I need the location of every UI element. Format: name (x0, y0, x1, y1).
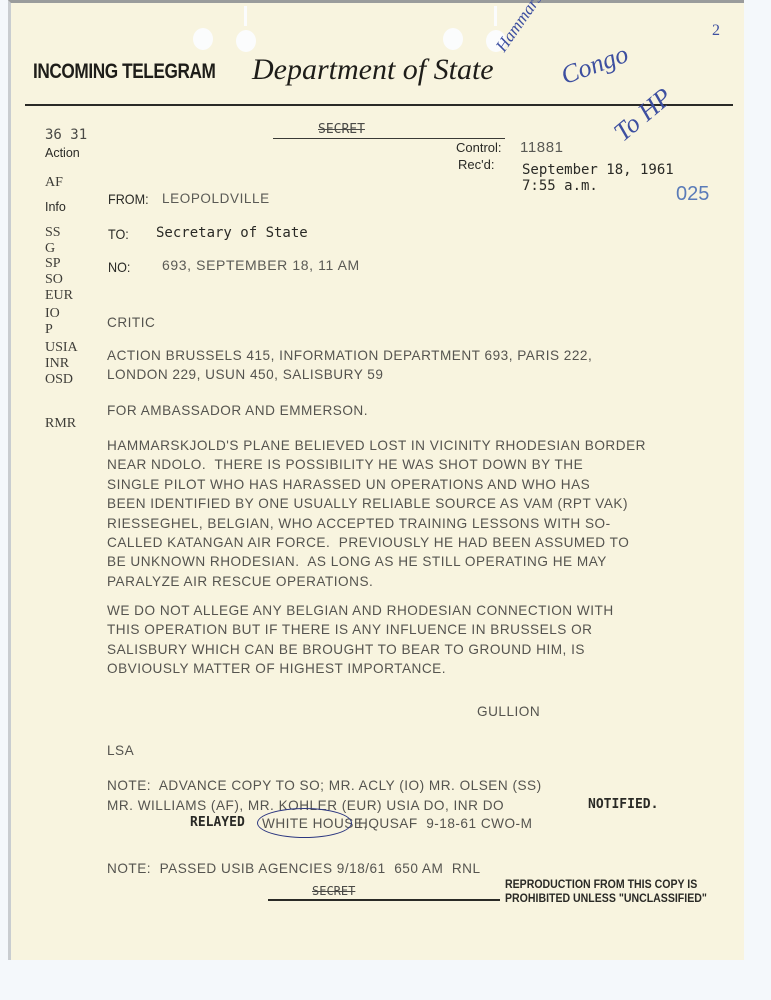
received-date: September 18, 1961 (522, 162, 674, 178)
note-passed-usib: NOTE: PASSED USIB AGENCIES 9/18/61 650 A… (107, 859, 481, 878)
routing-info-code: G (45, 241, 55, 257)
no-label: NO: (108, 259, 130, 275)
routing-info-code: EUR (45, 288, 73, 304)
routing-number: 36 31 (45, 127, 87, 143)
info-label: Info (45, 200, 66, 214)
header-rule (25, 104, 733, 106)
classification-bottom: SECRET (312, 884, 355, 898)
from-label: FROM: (108, 191, 149, 207)
hand-drawn-circle (257, 808, 352, 838)
binder-tab (244, 6, 247, 26)
agency-title: Department of State (252, 53, 494, 87)
routing-info-code: USIA (45, 340, 78, 356)
binder-hole (443, 28, 463, 50)
control-label: Control: (456, 140, 502, 155)
routing-action: AF (45, 175, 63, 191)
note-advance-copy: NOTE: ADVANCE COPY TO SO; MR. ACLY (IO) … (107, 776, 542, 795)
reproduction-notice-1: REPRODUCTION FROM THIS COPY IS (505, 877, 697, 891)
attention-line: FOR AMBASSADOR AND EMMERSON. (107, 401, 368, 420)
routing-info-code: SO (45, 272, 63, 288)
received-time: 7:55 a.m. (522, 178, 598, 194)
received-label: Rec'd: (458, 157, 494, 172)
classification-top: SECRET (318, 122, 365, 137)
control-number: 11881 (520, 139, 564, 156)
routing-info-code: INR (45, 356, 69, 372)
routing-extra: RMR (45, 416, 76, 432)
addressees: ACTION BRUSSELS 415, INFORMATION DEPARTM… (107, 346, 592, 385)
routing-info-code: SP (45, 256, 61, 272)
signature: GULLION (477, 702, 540, 721)
paragraph-1: HAMMARSKJOLD'S PLANE BELIEVED LOST IN VI… (107, 436, 646, 591)
action-label: Action (45, 146, 80, 160)
binder-hole (236, 30, 256, 52)
precedence: CRITIC (107, 313, 155, 332)
note-relay-details: HQUSAF 9-18-61 CWO-M (358, 814, 532, 833)
form-label: INCOMING TELEGRAM (33, 60, 215, 84)
note-notified: NOTIFIED. (588, 797, 658, 812)
classification-rule-bottom (268, 899, 500, 901)
no-value: 693, SEPTEMBER 18, 11 AM (162, 257, 360, 273)
routing-info-code: SS (45, 225, 61, 241)
paragraph-2: WE DO NOT ALLEGE ANY BELGIAN AND RHODESI… (107, 601, 614, 679)
drafter-initials: LSA (107, 741, 134, 760)
routing-info-code: P (45, 322, 53, 338)
classification-rule-top (273, 138, 505, 139)
reproduction-notice-2: PROHIBITED UNLESS "UNCLASSIFIED" (505, 891, 707, 905)
note-relayed: RELAYED (190, 815, 245, 830)
routing-info-code: IO (45, 306, 60, 322)
to-label: TO: (108, 226, 129, 242)
from-value: LEOPOLDVILLE (162, 191, 270, 206)
page-number: 2 (712, 22, 720, 40)
binder-tab (494, 6, 497, 26)
to-value: Secretary of State (156, 225, 308, 241)
receipt-stamp: 025 (676, 183, 709, 206)
binder-hole (193, 28, 213, 50)
routing-info-code: OSD (45, 372, 73, 388)
